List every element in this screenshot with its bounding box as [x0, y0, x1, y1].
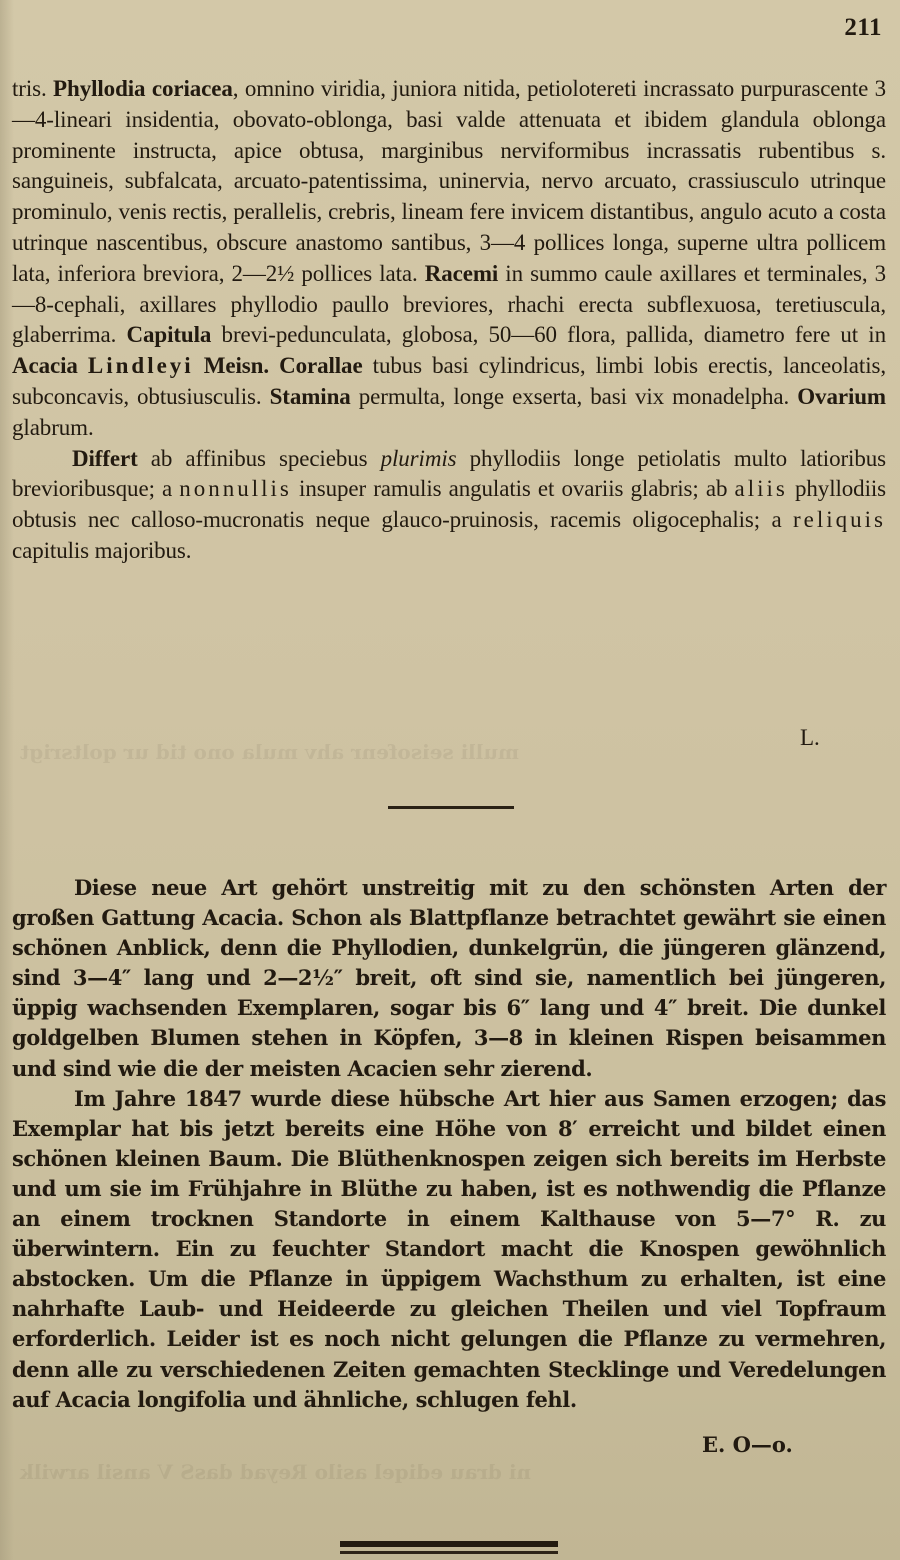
german-commentary: Diese neue Art gehört unstreitig mit zu …	[12, 873, 886, 1415]
emphasis-plurimis: plurimis	[381, 446, 457, 471]
end-rule-thin	[340, 1551, 558, 1554]
page-number: 211	[844, 14, 882, 42]
species-genus: Acacia	[12, 353, 88, 378]
bleed-through-text: ni drau ediqel asilo Reyad dasS V ansil …	[20, 1460, 531, 1484]
text-run: glabrum.	[12, 415, 94, 440]
term-ovarium: Ovarium	[797, 384, 886, 409]
term-corallae: Corallae	[279, 353, 363, 378]
latin-description: tris. Phyllodia coriacea, omnino viridia…	[12, 74, 886, 567]
text-run: brevi-pedunculata, globosa, 50—60 flora,…	[211, 322, 886, 347]
end-rule-thick	[340, 1541, 558, 1547]
species-author: Meisn.	[194, 353, 269, 378]
german-paragraph-2: Im Jahre 1847 wurde diese hübsche Art hi…	[12, 1084, 886, 1415]
text-run	[269, 353, 279, 378]
term-differt: Differt	[72, 446, 138, 471]
term-stamina: Stamina	[270, 384, 351, 409]
term-phyllodia: Phyllodia coriacea	[53, 76, 233, 101]
text-run: tris.	[12, 76, 53, 101]
text-run: capitulis majoribus.	[12, 538, 191, 563]
latin-paragraph-2: Differt ab affinibus speciebus plurimis …	[12, 444, 886, 567]
section-divider-rule	[388, 806, 514, 809]
book-page: mulli seisofenr ahv mula ono tid ur qolt…	[0, 0, 900, 1560]
term-capitula: Capitula	[126, 322, 211, 347]
emphasis-nonnullis: nonnullis	[179, 476, 292, 501]
german-paragraph-1: Diese neue Art gehört unstreitig mit zu …	[12, 873, 886, 1084]
text-run: permulta, longe exserta, basi vix monade…	[351, 384, 798, 409]
latin-paragraph-1: tris. Phyllodia coriacea, omnino viridia…	[12, 74, 886, 444]
latin-signature: L.	[800, 725, 820, 751]
emphasis-aliis: aliis	[735, 476, 788, 501]
text-run: insuper ramulis angulatis et ovariis gla…	[292, 476, 735, 501]
german-signature: E. O—o.	[702, 1432, 793, 1457]
text-run: ab affinibus speciebus	[138, 446, 381, 471]
emphasis-reliquis: reliquis	[793, 507, 886, 532]
bleed-through-text: mulli seisofenr ahv mula ono tid ur qolt…	[20, 740, 519, 764]
species-epithet: Lindleyi	[88, 353, 194, 378]
term-racemi: Racemi	[425, 261, 498, 286]
text-run: , omnino viridia, juniora nitida, petiol…	[12, 76, 886, 286]
